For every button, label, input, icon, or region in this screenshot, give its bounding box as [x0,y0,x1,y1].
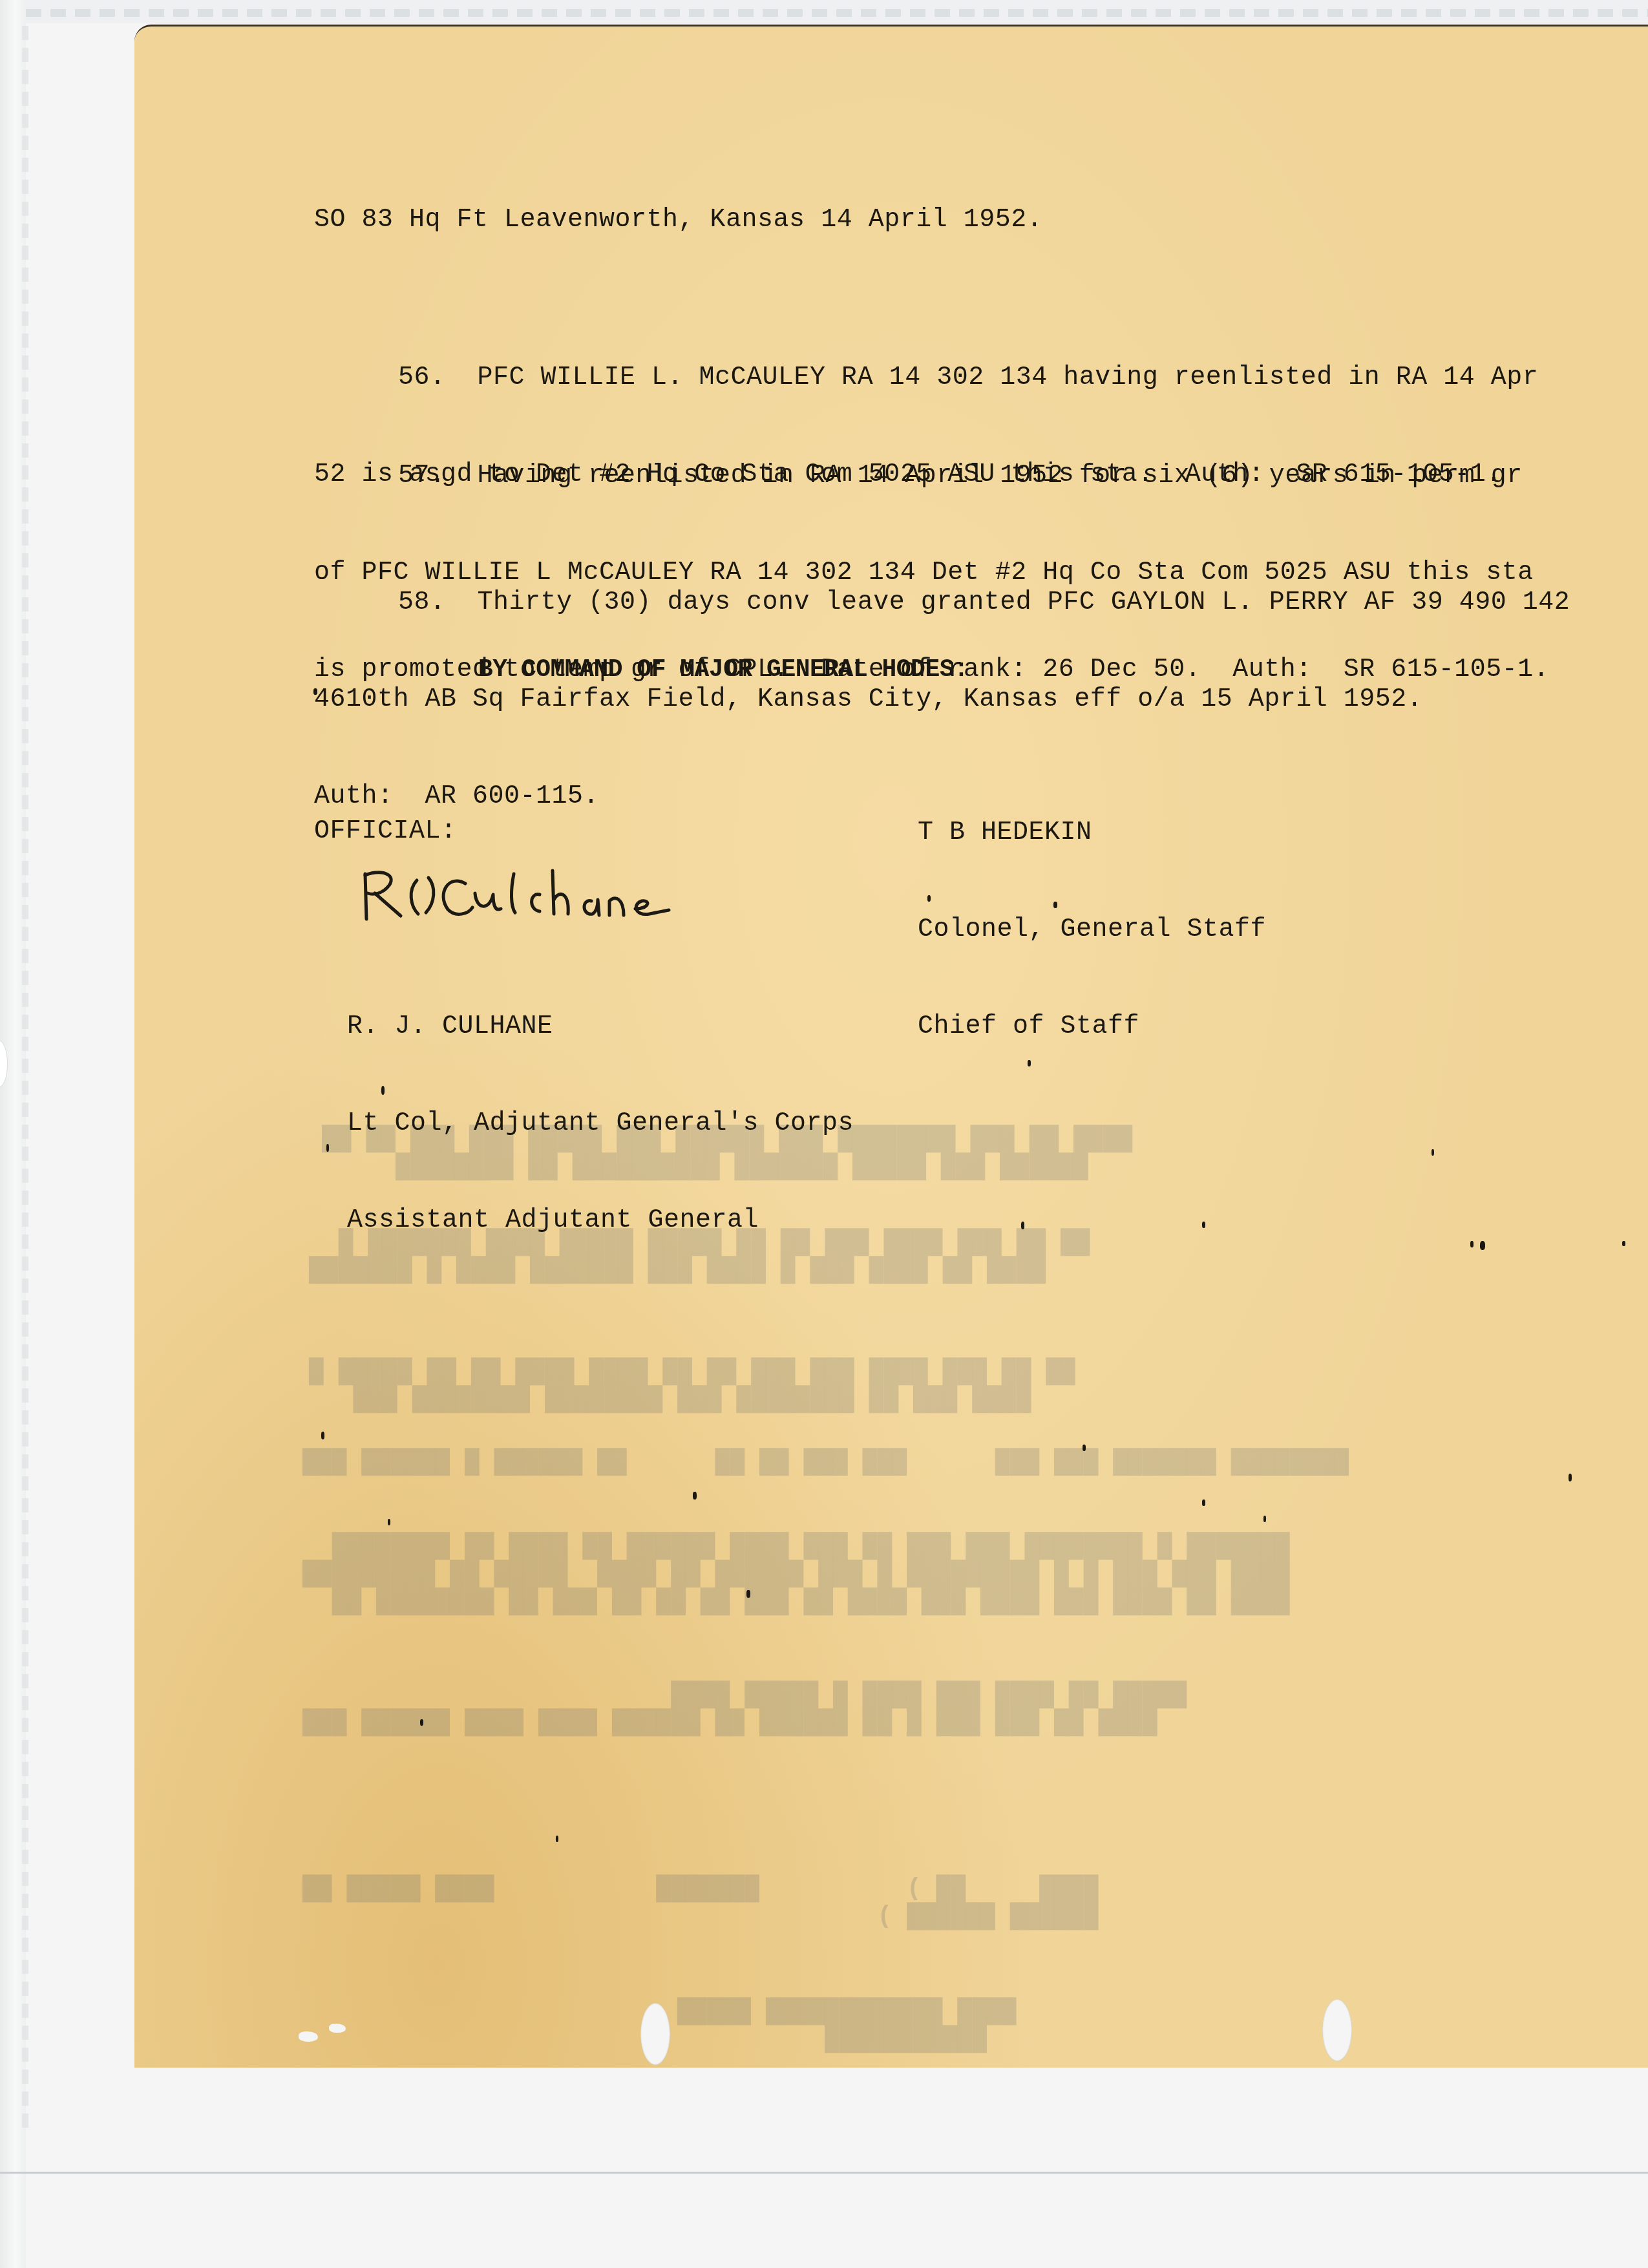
official-label: OFFICIAL: [314,816,457,848]
handwritten-signature [346,854,734,932]
commander-signature-block: T B HEDEKIN Colonel, General Staff Chief… [918,752,1266,1076]
paragraph-number: 57. [398,461,446,491]
sleeve-perforation-left [22,26,28,2133]
bleed-through-text: ██ ██ ███ ████ ███ ███ ██ ██ ████ ████ █… [309,1358,1075,1414]
bleed-through-text: █████ ██ ████ ███ ████ █ █████ ████ ████… [302,1681,1187,1737]
sleeve-perforation-top [26,9,1648,17]
paper-tear [299,2031,318,2042]
official-name: R. J. CULHANE [347,1011,854,1043]
bleed-through-text: ████ ██ ) ███████ ████ █████ ██ ██████ █… [302,1875,1098,1931]
commander-name: T B HEDEKIN [918,817,1266,849]
commander-title: Chief of Staff [918,1011,1266,1043]
sleeve-bottom-edge [0,2172,1648,2174]
paragraph-line: 57. Having reenlisted in RA 14 April 195… [314,460,1613,493]
official-rank: Lt Col, Adjutant General's Corps [347,1108,854,1140]
paragraph-line: 4610th AB Sq Fairfax Field, Kansas City,… [314,684,1613,716]
paragraph-text: PFC WILLIE L. McCAULEY RA 14 302 134 hav… [478,363,1539,392]
paper-tear [329,2024,346,2033]
commander-rank: Colonel, General Staff [918,914,1266,946]
paragraph-text: Having reenlisted in RA 14 April 1952 fo… [478,461,1523,491]
official-title: Assistant Adjutant General [347,1205,854,1237]
command-line: BY COMMAND OF MAJOR GENERAL HODES: [478,654,968,686]
paragraph-number: 56. [398,363,446,392]
official-signature-block: R. J. CULHANE Lt Col, Adjutant General's… [347,946,854,1269]
punch-hole [1322,1999,1352,2061]
paragraph-number: 58. [398,588,446,617]
punch-hole [640,2003,670,2065]
bleed-through-text: ████████ ███████ ███ ███ ███ ███ ██ ██ █… [302,1448,1349,1476]
paragraph-line: 56. PFC WILLIE L. McCAULEY RA 14 302 134… [314,362,1613,394]
bleed-through-text: ████ ████████████ █████ ███████████ [677,1998,1017,2053]
order-header: SO 83 Hq Ft Leavenworth, Kansas 14 April… [314,204,1042,237]
bleed-through-text: ███████ █ ████████ ███ ███ ██ ███ ████ █… [302,1532,1290,1616]
paragraph-line: 58. Thirty (30) days conv leave granted … [314,587,1613,619]
paragraph-text: Thirty (30) days conv leave granted PFC … [478,588,1570,617]
